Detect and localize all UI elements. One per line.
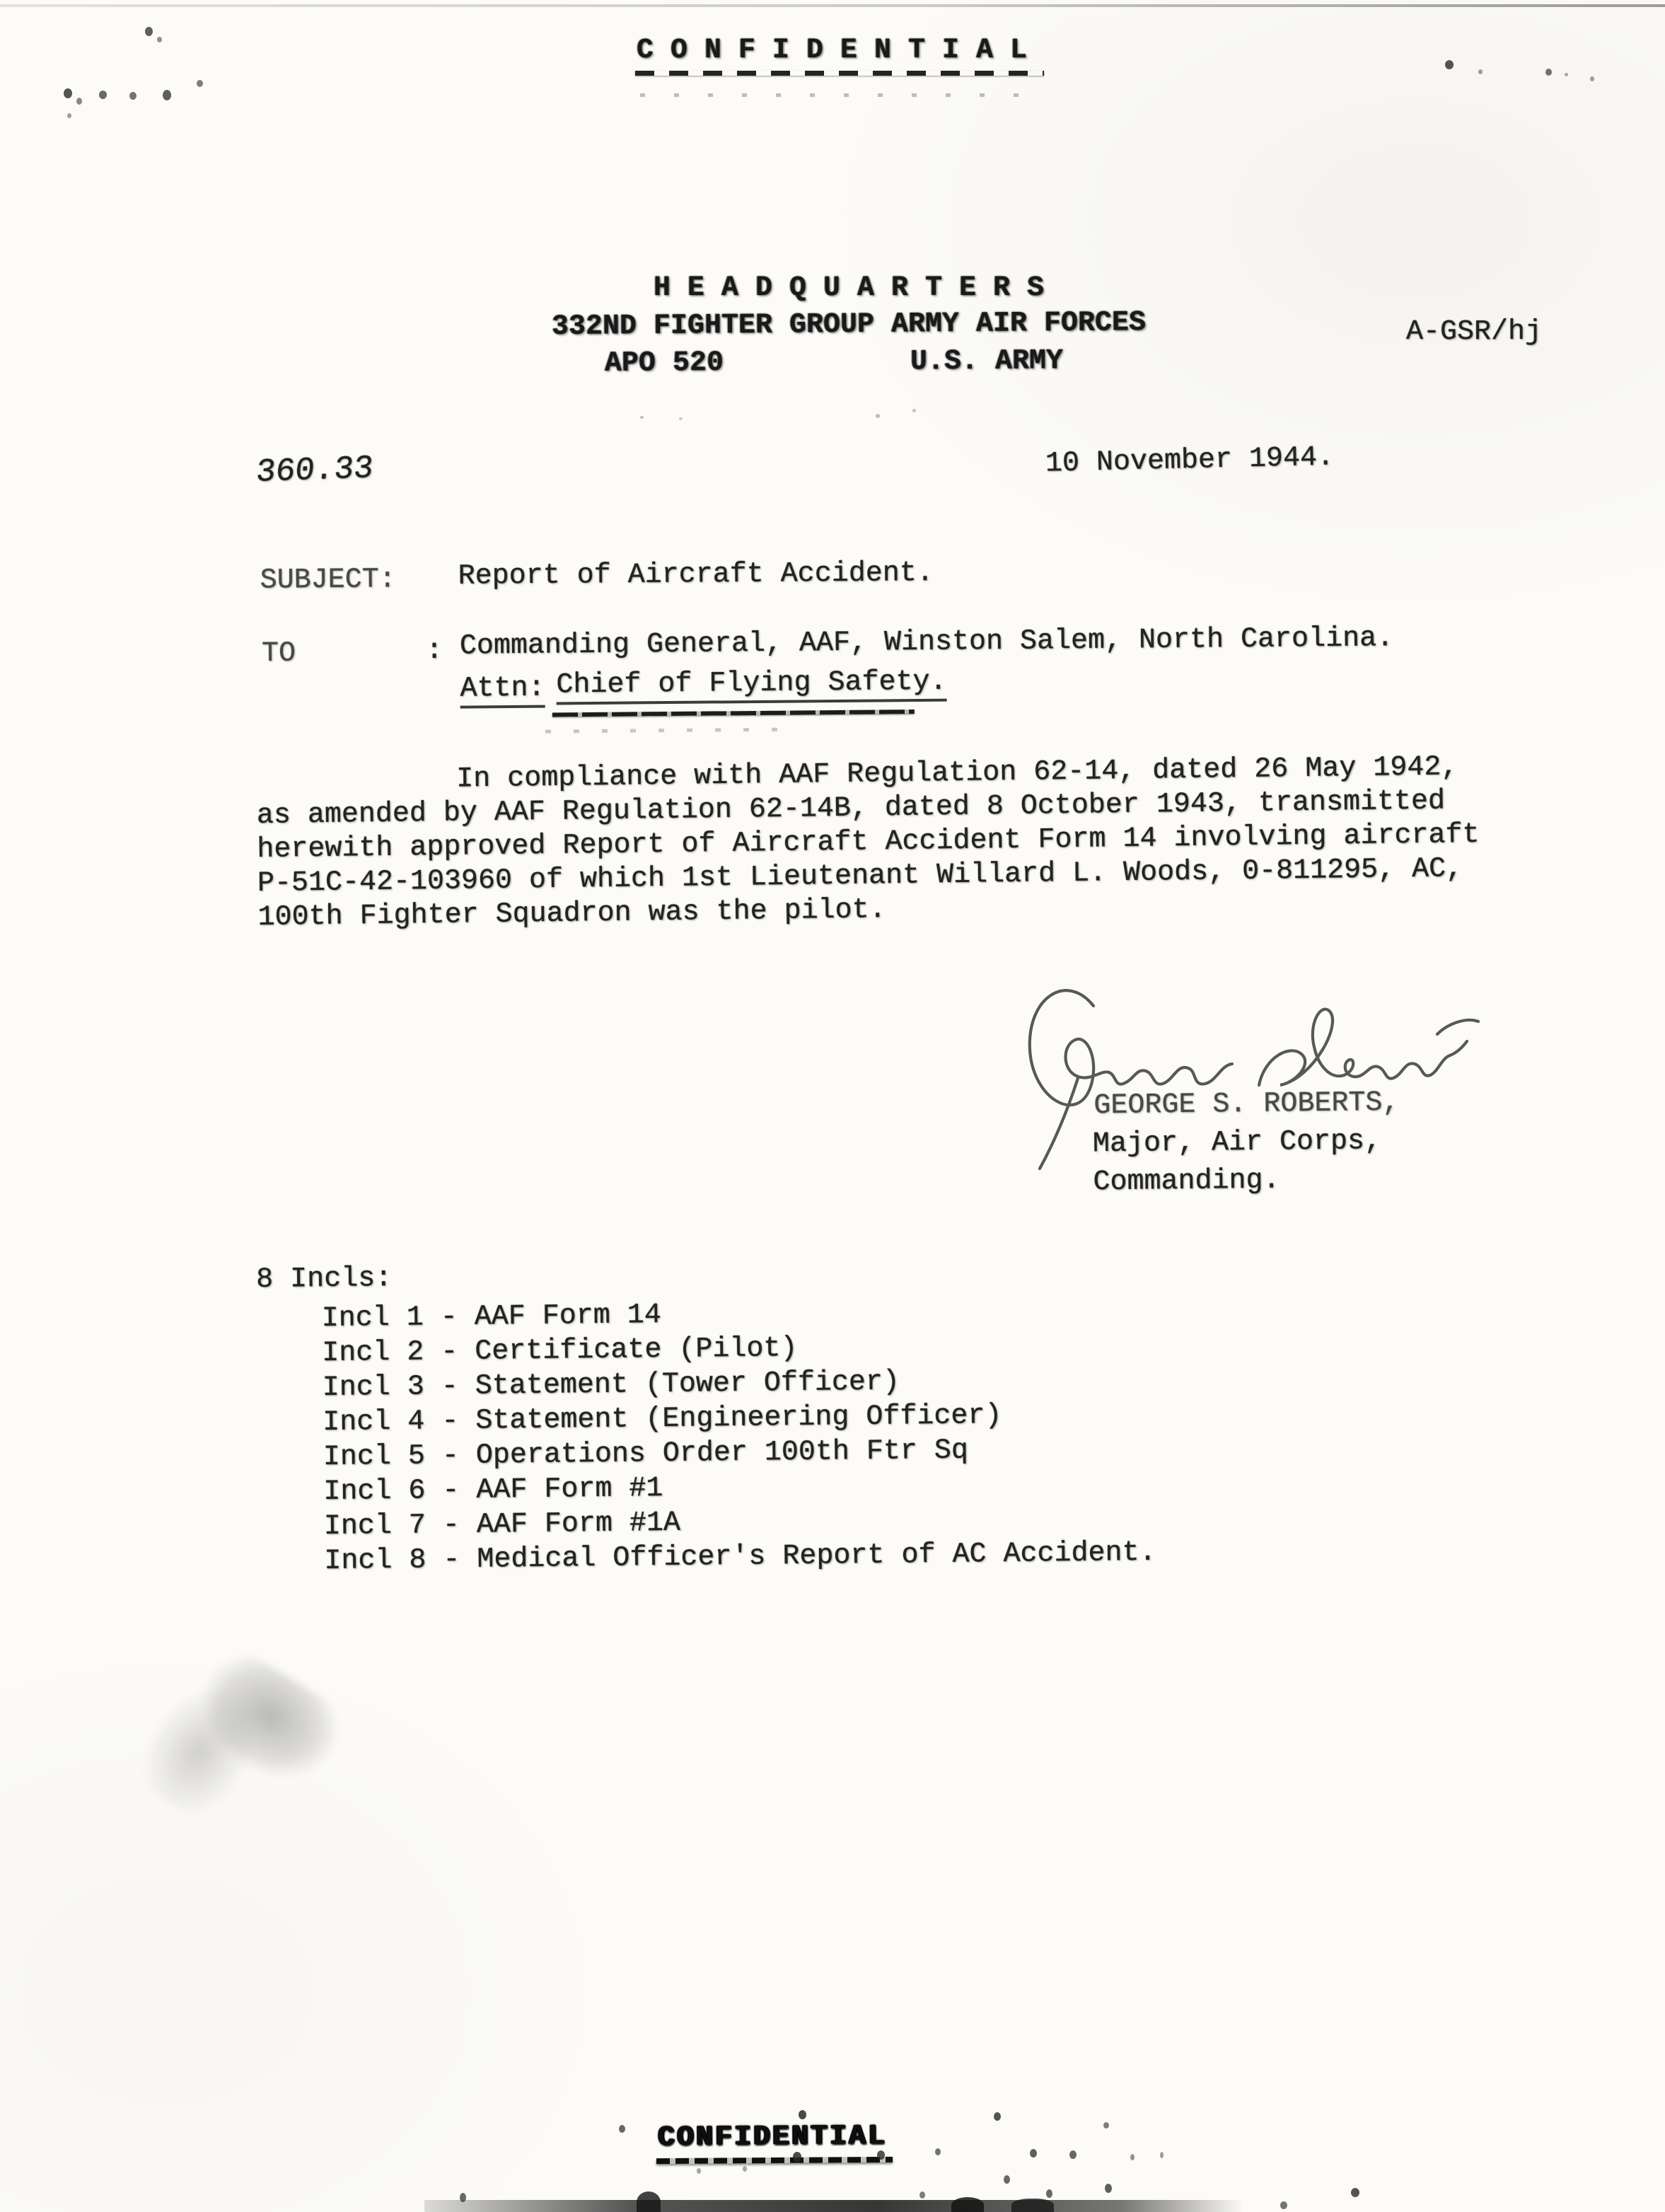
ink-speck <box>912 409 916 412</box>
enclosure-item: Incl 5 - Operations Order 100th Ftr Sq <box>323 1435 1156 1472</box>
scan-bottom-blob <box>951 2197 984 2212</box>
ink-speck <box>679 417 683 420</box>
ink-speck <box>197 80 203 87</box>
letterhead-line-1: H E A D Q U A R T E R S <box>654 274 1044 303</box>
ink-speck <box>1478 69 1483 74</box>
ink-speck <box>1565 73 1568 76</box>
ink-speck <box>994 2112 1001 2121</box>
scan-bottom-edge <box>424 2200 1245 2212</box>
ink-speck <box>1030 2149 1037 2158</box>
ink-speck <box>1280 2201 1287 2209</box>
confidential-top-underline <box>635 71 1044 76</box>
confidential-top-stamp: C O N F I D E N T I A L <box>637 37 1027 65</box>
ink-speck <box>743 2166 747 2172</box>
to-colon: : <box>426 637 443 666</box>
ink-speck <box>1351 2188 1359 2197</box>
confidential-bottom-stamp: CONFIDENTIAL <box>658 2123 887 2153</box>
ink-speck <box>99 91 107 99</box>
attn-ghost-dots <box>545 728 779 734</box>
attn-label: Attn: <box>460 675 545 709</box>
ink-speck <box>1545 69 1552 76</box>
subject-label: SUBJECT: <box>260 566 396 595</box>
body-line: In compliance with AAF Regulation 62-14,… <box>456 751 1665 794</box>
subject-value: Report of Aircraft Accident. <box>458 560 934 591</box>
office-symbol: A-GSR/hj <box>1406 318 1542 347</box>
scanned-memo-page: C O N F I D E N T I A L H E A D Q U A R … <box>0 0 1665 2212</box>
ink-speck <box>793 2152 801 2162</box>
file-number: 360.33 <box>255 452 375 489</box>
ink-speck <box>157 37 162 42</box>
scan-bottom-blob <box>1011 2199 1054 2212</box>
ink-speck <box>619 2125 625 2133</box>
smudge-mark <box>127 1632 354 1862</box>
ink-speck <box>1130 2154 1135 2160</box>
to-label: TO <box>262 640 296 668</box>
ink-speck <box>145 27 153 36</box>
attn-heavy-underline <box>552 710 915 717</box>
ink-speck <box>1103 2122 1109 2129</box>
ink-speck <box>1590 76 1594 81</box>
ink-speck <box>1160 2152 1164 2158</box>
ink-speck <box>67 113 71 118</box>
ink-speck <box>697 2168 701 2174</box>
ink-speck <box>76 98 82 105</box>
enclosures-heading: 8 Incls: <box>256 1258 1089 1295</box>
ink-speck <box>640 416 644 419</box>
signature-rank: Major, Air Corps, <box>1093 1128 1381 1159</box>
ink-speck <box>799 2110 806 2119</box>
ink-speck <box>1445 60 1454 69</box>
date-line: 10 November 1944. <box>1045 444 1335 478</box>
scan-top-edge <box>0 4 1665 7</box>
ink-speck <box>1069 2150 1077 2159</box>
to-value: Commanding General, AAF, Winston Salem, … <box>460 625 1394 661</box>
confidential-top-ghost-dots <box>640 93 1045 97</box>
enclosure-item: Incl 4 - Statement (Engineering Officer) <box>323 1401 1155 1437</box>
ink-speck <box>935 2148 941 2155</box>
signature-name: GEORGE S. ROBERTS, <box>1093 1089 1399 1121</box>
confidential-bottom-underline <box>656 2157 893 2164</box>
attn-value: Chief of Flying Safety. <box>556 668 946 705</box>
enclosure-item: Incl 7 - AAF Form #1A <box>324 1505 1156 1541</box>
ink-speck <box>877 2150 885 2160</box>
ink-speck <box>919 2191 925 2199</box>
signature-title: Commanding. <box>1093 1166 1280 1197</box>
scan-bottom-blob <box>637 2191 661 2212</box>
enclosure-item: Incl 1 - AAF Form 14 <box>322 1297 1154 1333</box>
ink-speck <box>163 90 171 100</box>
enclosure-item: Incl 6 - AAF Form #1 <box>323 1470 1156 1507</box>
ink-speck <box>1004 2175 1010 2184</box>
ink-speck <box>1046 2189 1052 2198</box>
enclosure-item: Incl 8 - Medical Officer's Report of AC … <box>324 1539 1156 1576</box>
ink-speck <box>876 414 880 418</box>
enclosures: 8 Incls: Incl 1 - AAF Form 14 Incl 2 - C… <box>256 1258 1091 1521</box>
enclosure-item: Incl 2 - Certificate (Pilot) <box>322 1331 1154 1368</box>
letterhead-line-3: APO 520 U.S. ARMY <box>605 347 1063 378</box>
body-paragraph: In compliance with AAF Regulation 62-14,… <box>256 753 1480 910</box>
enclosure-item: Incl 3 - Statement (Tower Officer) <box>323 1366 1155 1403</box>
letterhead-line-2: 332ND FIGHTER GROUP ARMY AIR FORCES <box>552 309 1146 342</box>
ink-speck <box>129 92 137 100</box>
ink-speck <box>64 88 72 98</box>
ink-speck <box>1105 2184 1112 2193</box>
